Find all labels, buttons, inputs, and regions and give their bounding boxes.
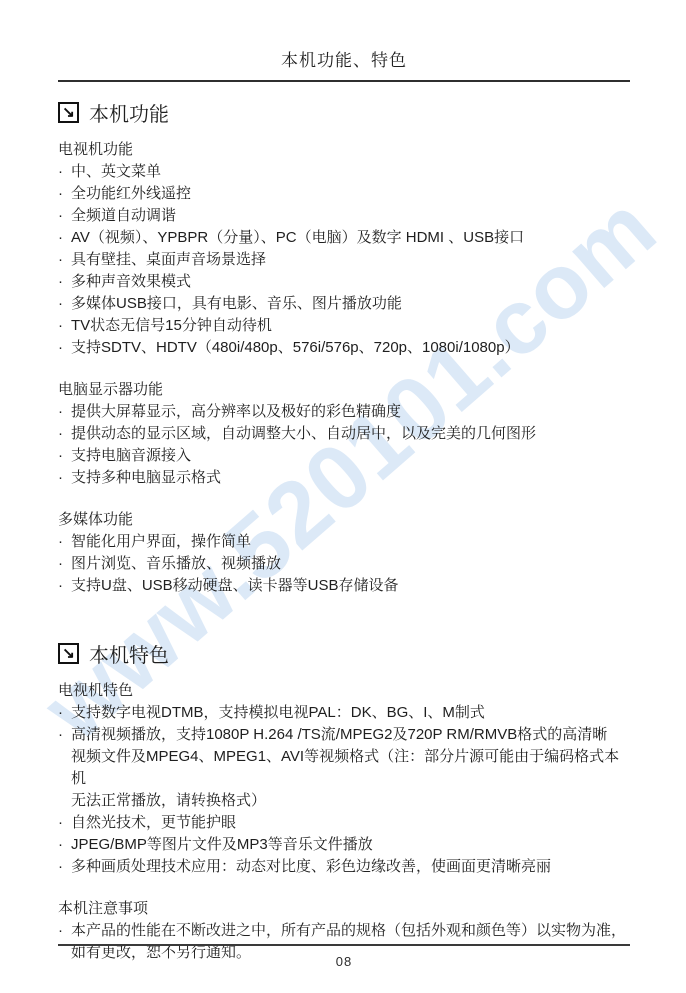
section-title: 本机特色: [89, 639, 169, 668]
item-line: 支持SDTV、HDTV（480i/480p、576i/576p、720p、108…: [71, 337, 630, 359]
bullet-icon: ·: [58, 249, 63, 271]
item-line: 自然光技术，更节能护眼: [71, 812, 630, 834]
group-title: 电视机功能: [58, 139, 630, 161]
bullet-icon: ·: [58, 856, 63, 878]
list-item: ·支持U盘、USB移动硬盘、读卡器等USB存储设备: [58, 575, 630, 597]
item-line: TV状态无信号15分钟自动待机: [71, 315, 630, 337]
section-header: ↘本机功能: [58, 98, 630, 127]
item-line: 多种声音效果模式: [71, 271, 630, 293]
bullet-icon: ·: [58, 227, 63, 249]
bullet-icon: ·: [58, 271, 63, 293]
feature-group: 电视机特色·支持数字电视DTMB，支持模拟电视PAL：DK、BG、I、M制式·高…: [58, 680, 630, 878]
bullet-icon: ·: [58, 183, 63, 205]
bullet-icon: ·: [58, 205, 63, 227]
bullet-icon: ·: [58, 293, 63, 315]
list-item: ·高清视频播放，支持1080P H.264 /TS流/MPEG2及720P RM…: [58, 724, 630, 812]
bullet-icon: ·: [58, 337, 63, 359]
item-line: 高清视频播放，支持1080P H.264 /TS流/MPEG2及720P RM/…: [71, 724, 630, 746]
list-item: ·多媒体USB接口，具有电影、音乐、图片播放功能: [58, 293, 630, 315]
page-number: 08: [58, 946, 630, 969]
item-line: 提供动态的显示区域，自动调整大小、自动居中，以及完美的几何图形: [71, 423, 630, 445]
item-line: 视频文件及MPEG4、MPEG1、AVI等视频格式（注：部分片源可能由于编码格式…: [71, 746, 630, 790]
list-item: ·JPEG/BMP等图片文件及MP3等音乐文件播放: [58, 834, 630, 856]
section: ↘本机功能电视机功能·中、英文菜单·全功能红外线遥控·全频道自动调谐·AV（视频…: [58, 98, 630, 597]
bullet-icon: ·: [58, 920, 63, 942]
list-item: ·自然光技术，更节能护眼: [58, 812, 630, 834]
arrow-down-right-icon: ↘: [58, 643, 79, 664]
bullet-icon: ·: [58, 445, 63, 467]
item-line: 中、英文菜单: [71, 161, 630, 183]
list-item: ·AV（视频）、YPBPR（分量）、PC（电脑）及数字 HDMI 、USB接口: [58, 227, 630, 249]
feature-group: 电视机功能·中、英文菜单·全功能红外线遥控·全频道自动调谐·AV（视频）、YPB…: [58, 139, 630, 359]
bullet-icon: ·: [58, 467, 63, 489]
item-line: 多种画质处理技术应用：动态对比度、彩色边缘改善，使画面更清晰亮丽: [71, 856, 630, 878]
item-line: 支持多种电脑显示格式: [71, 467, 630, 489]
group-title: 电视机特色: [58, 680, 630, 702]
group-title: 本机注意事项: [58, 898, 630, 920]
bullet-icon: ·: [58, 834, 63, 856]
item-line: 智能化用户界面，操作简单: [71, 531, 630, 553]
bullet-icon: ·: [58, 575, 63, 597]
item-line: 全功能红外线遥控: [71, 183, 630, 205]
header-rule: [58, 80, 630, 82]
list-item: ·TV状态无信号15分钟自动待机: [58, 315, 630, 337]
item-line: 提供大屏幕显示，高分辨率以及极好的彩色精确度: [71, 401, 630, 423]
list-item: ·全功能红外线遥控: [58, 183, 630, 205]
sections-container: ↘本机功能电视机功能·中、英文菜单·全功能红外线遥控·全频道自动调谐·AV（视频…: [58, 98, 630, 964]
list-item: ·支持数字电视DTMB，支持模拟电视PAL：DK、BG、I、M制式: [58, 702, 630, 724]
list-item: ·图片浏览、音乐播放、视频播放: [58, 553, 630, 575]
bullet-icon: ·: [58, 812, 63, 834]
bullet-icon: ·: [58, 161, 63, 183]
bullet-icon: ·: [58, 423, 63, 445]
item-line: 具有壁挂、桌面声音场景选择: [71, 249, 630, 271]
item-line: 支持U盘、USB移动硬盘、读卡器等USB存储设备: [71, 575, 630, 597]
bullet-icon: ·: [58, 315, 63, 337]
page-footer: 08: [58, 944, 630, 969]
bullet-icon: ·: [58, 553, 63, 575]
section: ↘本机特色电视机特色·支持数字电视DTMB，支持模拟电视PAL：DK、BG、I、…: [58, 639, 630, 964]
item-line: JPEG/BMP等图片文件及MP3等音乐文件播放: [71, 834, 630, 856]
bullet-icon: ·: [58, 401, 63, 423]
section-title: 本机功能: [89, 98, 169, 127]
page-content: 本机功能、特色 ↘本机功能电视机功能·中、英文菜单·全功能红外线遥控·全频道自动…: [0, 0, 686, 964]
bullet-icon: ·: [58, 702, 63, 724]
group-title: 电脑显示器功能: [58, 379, 630, 401]
list-item: ·提供动态的显示区域，自动调整大小、自动居中，以及完美的几何图形: [58, 423, 630, 445]
feature-group: 多媒体功能·智能化用户界面，操作简单·图片浏览、音乐播放、视频播放·支持U盘、U…: [58, 509, 630, 597]
list-item: ·具有壁挂、桌面声音场景选择: [58, 249, 630, 271]
list-item: ·全频道自动调谐: [58, 205, 630, 227]
item-line: 无法正常播放，请转换格式）: [71, 790, 630, 812]
item-line: 图片浏览、音乐播放、视频播放: [71, 553, 630, 575]
arrow-down-right-icon: ↘: [58, 102, 79, 123]
list-item: ·多种画质处理技术应用：动态对比度、彩色边缘改善，使画面更清晰亮丽: [58, 856, 630, 878]
list-item: ·支持SDTV、HDTV（480i/480p、576i/576p、720p、10…: [58, 337, 630, 359]
list-item: ·支持多种电脑显示格式: [58, 467, 630, 489]
list-item: ·中、英文菜单: [58, 161, 630, 183]
list-item: ·提供大屏幕显示，高分辨率以及极好的彩色精确度: [58, 401, 630, 423]
item-line: 本产品的性能在不断改进之中，所有产品的规格（包括外观和颜色等）以实物为准，: [71, 920, 630, 942]
feature-group: 电脑显示器功能·提供大屏幕显示，高分辨率以及极好的彩色精确度·提供动态的显示区域…: [58, 379, 630, 489]
item-line: AV（视频）、YPBPR（分量）、PC（电脑）及数字 HDMI 、USB接口: [71, 227, 630, 249]
section-header: ↘本机特色: [58, 639, 630, 668]
group-title: 多媒体功能: [58, 509, 630, 531]
bullet-icon: ·: [58, 531, 63, 553]
list-item: ·智能化用户界面，操作简单: [58, 531, 630, 553]
item-line: 支持电脑音源接入: [71, 445, 630, 467]
item-line: 全频道自动调谐: [71, 205, 630, 227]
page-title: 本机功能、特色: [58, 46, 630, 71]
bullet-icon: ·: [58, 724, 63, 746]
item-line: 支持数字电视DTMB，支持模拟电视PAL：DK、BG、I、M制式: [71, 702, 630, 724]
item-line: 多媒体USB接口，具有电影、音乐、图片播放功能: [71, 293, 630, 315]
list-item: ·支持电脑音源接入: [58, 445, 630, 467]
list-item: ·多种声音效果模式: [58, 271, 630, 293]
